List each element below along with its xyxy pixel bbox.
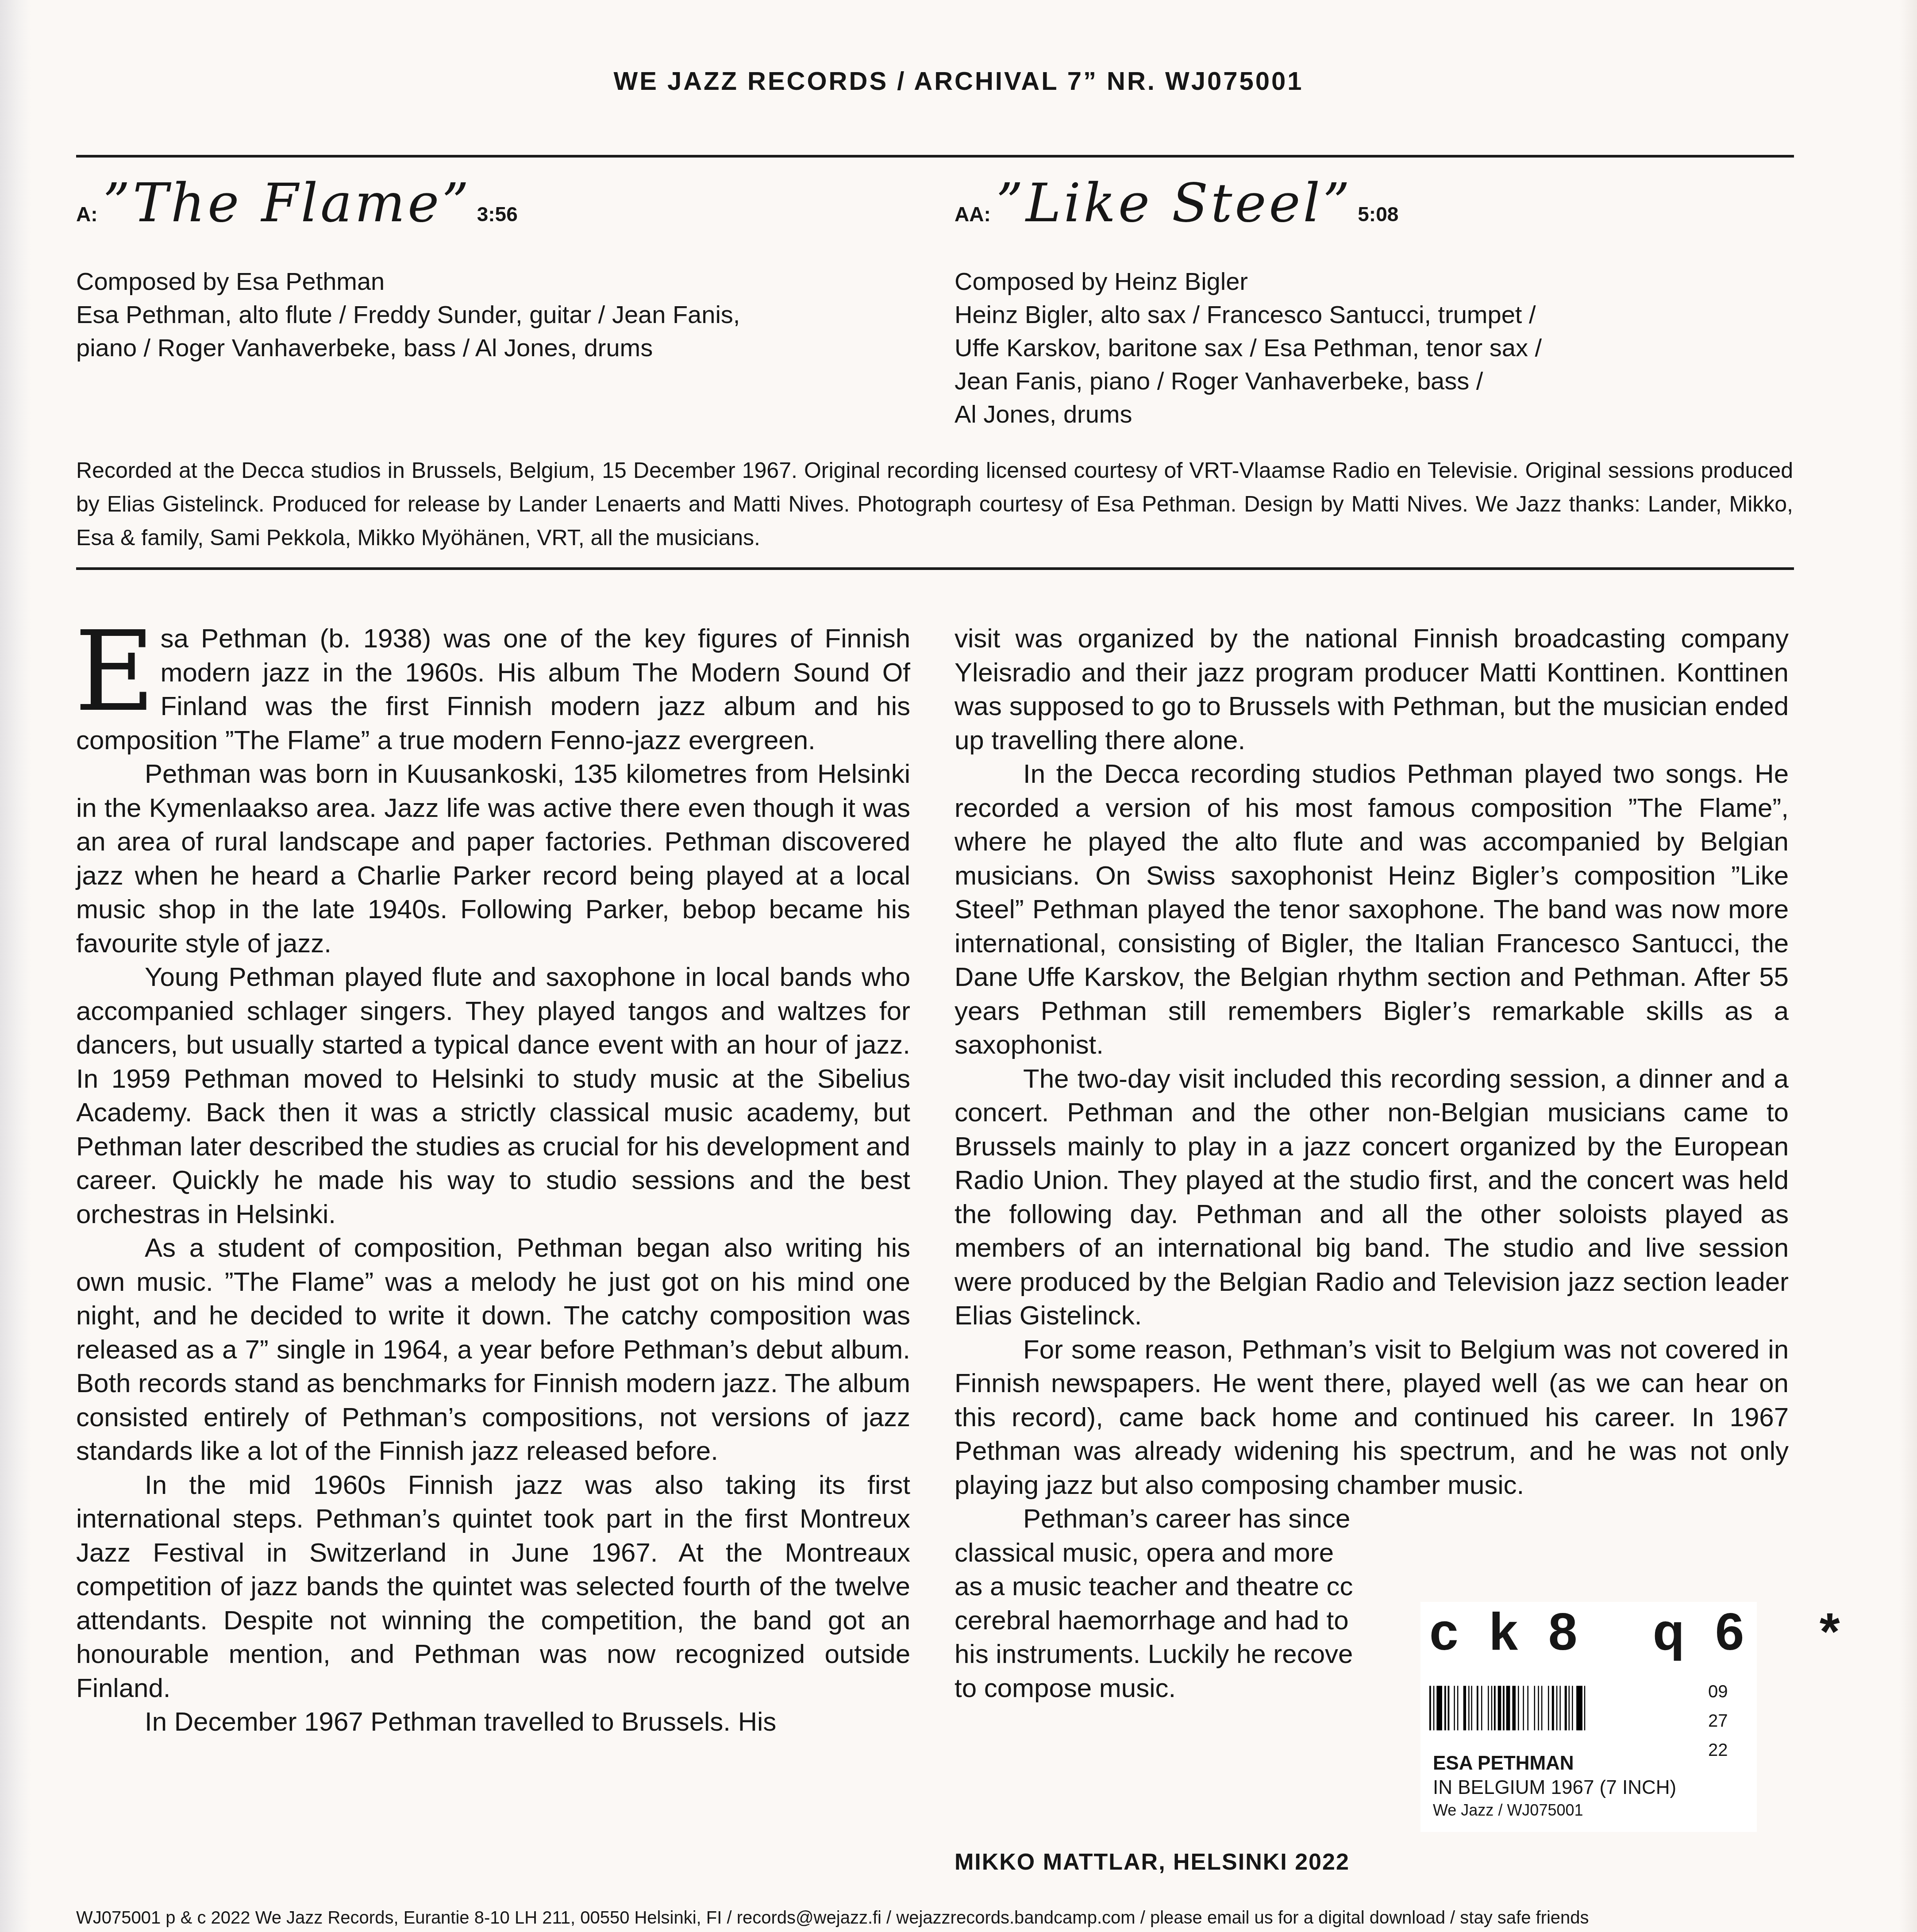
track-a-heading: A:”The Flame”3:56 [76,173,518,234]
sticker-label-catalog: We Jazz / WJ075001 [1433,1801,1583,1820]
barcode [1429,1673,1602,1743]
personnel-line: Al Jones, drums [955,397,1822,431]
personnel-line: Jean Fanis, piano / Roger Vanhaverbeke, … [955,364,1822,397]
catalog-header: WE JAZZ RECORDS / ARCHIVAL 7” NR. WJ0750… [0,66,1917,96]
side-label: A: [76,203,98,226]
paragraph: In the Decca recording studios Pethman p… [955,757,1789,1062]
paragraph: The two-day visit included this recordin… [955,1062,1789,1333]
side-label: AA: [955,203,991,226]
track-a-credits: Composed by Esa Pethman Esa Pethman, alt… [76,265,943,364]
paragraph: In the mid 1960s Finnish jazz was also t… [76,1468,910,1705]
sticker-date: 09 27 22 [1708,1677,1728,1765]
composer-credit: Composed by Heinz Bigler [955,265,1822,298]
paragraph: As a student of composition, Pethman beg… [76,1231,910,1468]
personnel-line: Heinz Bigler, alto sax / Francesco Santu… [955,298,1822,331]
track-aa-heading: AA:”Like Steel”5:08 [955,173,1398,234]
liner-notes-left-column: Esa Pethman (b. 1938) was one of the key… [76,622,910,1739]
sleeve-right-edge [1899,0,1917,1932]
personnel-line: Esa Pethman, alto flute / Freddy Sunder,… [76,298,943,331]
sleeve-left-edge [0,0,31,1932]
paragraph: Pethman was born in Kuusankoski, 135 kil… [76,757,910,960]
middle-divider [76,567,1794,570]
sticker-artist: ESA PETHMAN [1433,1752,1574,1774]
paragraph: visit was organized by the national Finn… [955,622,1789,757]
copyright-footer: WJ075001 p & c 2022 We Jazz Records, Eur… [76,1908,1589,1928]
track-duration: 5:08 [1358,203,1398,226]
paragraph: Esa Pethman (b. 1938) was one of the key… [76,622,910,757]
track-title: ”Like Steel” [996,173,1352,234]
top-divider [76,155,1794,158]
recording-notes: Recorded at the Decca studios in Brussel… [76,454,1793,554]
sticker-code: c k 8 q 6 * [1429,1602,1848,1662]
paragraph: In December 1967 Pethman travelled to Br… [76,1705,910,1739]
paragraph: For some reason, Pethman’s visit to Belg… [955,1333,1789,1502]
track-aa-credits: Composed by Heinz Bigler Heinz Bigler, a… [955,265,1822,431]
author-signoff: MIKKO MATTLAR, HELSINKI 2022 [955,1849,1350,1875]
track-duration: 3:56 [477,203,518,226]
liner-notes-right-column: visit was organized by the national Finn… [955,622,1789,1705]
sticker-release-title: IN BELGIUM 1967 (7 INCH) [1433,1777,1676,1799]
barcode-icon [1429,1673,1602,1743]
personnel-line: piano / Roger Vanhaverbeke, bass / Al Jo… [76,331,943,364]
personnel-line: Uffe Karskov, baritone sax / Esa Pethman… [955,331,1822,364]
drop-cap: E [74,625,155,718]
composer-credit: Composed by Esa Pethman [76,265,943,298]
track-title: ”The Flame” [103,173,472,234]
retail-barcode-sticker: c k 8 q 6 * [1420,1602,1757,1832]
obscured-paragraph: Pethman’s career has since classical mus… [955,1502,1415,1705]
paragraph: Young Pethman played flute and saxophone… [76,960,910,1231]
